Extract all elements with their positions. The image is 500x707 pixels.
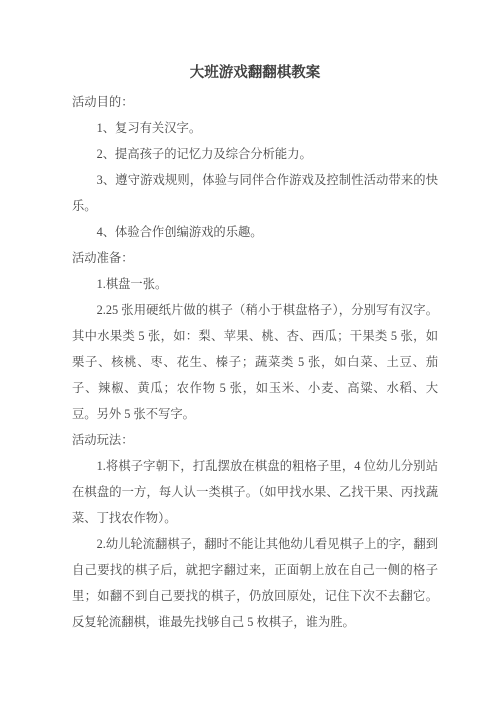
section-heading-how-to-play: 活动玩法： xyxy=(72,427,438,453)
section-activity-preparation: 活动准备： 1.棋盘一张。 2.25 张用硬纸片做的棋子（稍小于棋盘格子），分别… xyxy=(72,245,438,427)
preparation-item-2: 2.25 张用硬纸片做的棋子（稍小于棋盘格子），分别写有汉字。其中水果类 5 张… xyxy=(72,297,438,427)
section-heading-preparation: 活动准备： xyxy=(72,245,438,271)
preparation-item-1: 1.棋盘一张。 xyxy=(72,271,438,297)
section-activity-how-to-play: 活动玩法： 1.将棋子字朝下，打乱摆放在棋盘的粗格子里，4 位幼儿分别站在棋盘的… xyxy=(72,427,438,635)
section-activity-goals: 活动目的： 1、复习有关汉字。 2、提高孩子的记忆力及综合分析能力。 3、遵守游… xyxy=(72,89,438,245)
document-content: 大班游戏翻翻棋教案 活动目的： 1、复习有关汉字。 2、提高孩子的记忆力及综合分… xyxy=(72,60,438,635)
goal-item-4: 4、体验合作创编游戏的乐趣。 xyxy=(72,219,438,245)
goal-item-3: 3、遵守游戏规则，体验与同伴合作游戏及控制性活动带来的快乐。 xyxy=(72,167,438,219)
play-rule-item-1: 1.将棋子字朝下，打乱摆放在棋盘的粗格子里，4 位幼儿分别站在棋盘的一方，每人认… xyxy=(72,453,438,531)
goal-item-2: 2、提高孩子的记忆力及综合分析能力。 xyxy=(72,141,438,167)
document-page: 大班游戏翻翻棋教案 活动目的： 1、复习有关汉字。 2、提高孩子的记忆力及综合分… xyxy=(0,0,500,707)
section-heading-goals: 活动目的： xyxy=(72,89,438,115)
document-title: 大班游戏翻翻棋教案 xyxy=(72,60,438,86)
goal-item-1: 1、复习有关汉字。 xyxy=(72,115,438,141)
play-rule-item-2: 2.幼儿轮流翻棋子，翻时不能让其他幼儿看见棋子上的字，翻到自己要找的棋子后，就把… xyxy=(72,531,438,635)
